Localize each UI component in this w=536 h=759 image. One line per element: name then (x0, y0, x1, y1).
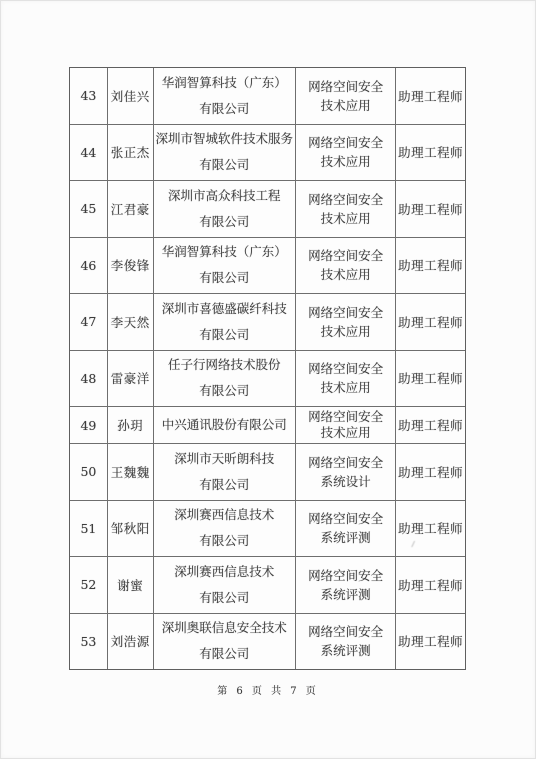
specialty-cell: 网络空间安全系统评测 (295, 614, 395, 670)
company-line: 有限公司 (199, 641, 249, 667)
seq-cell: 43 (70, 68, 107, 124)
company-line: 有限公司 (199, 378, 249, 404)
specialty-cell: 网络空间安全技术应用 (295, 125, 395, 181)
seq-cell: 46 (70, 238, 107, 294)
specialty-line: 系统设计 (321, 472, 371, 491)
seq-cell: 51 (70, 501, 107, 557)
name-cell: 江君豪 (107, 181, 153, 237)
company-line: 有限公司 (199, 152, 249, 178)
title-cell: 助理工程师 (395, 68, 465, 124)
table-row: 44张正杰深圳市智城软件技术服务有限公司网络空间安全技术应用助理工程师 (70, 124, 465, 181)
title-cell: 助理工程师 (395, 614, 465, 670)
title-cell: 助理工程师 (395, 181, 465, 237)
company-line: 有限公司 (199, 472, 249, 498)
specialty-line: 系统评测 (321, 641, 371, 660)
company-line: 深圳赛西信息技术 (174, 559, 274, 585)
company-cell: 深圳奥联信息安全技术有限公司 (153, 614, 295, 670)
name-cell: 谢蜜 (107, 557, 153, 613)
seq-cell: 48 (70, 351, 107, 407)
company-line: 有限公司 (199, 322, 249, 348)
name-cell: 刘浩源 (107, 614, 153, 670)
title-cell: 助理工程师 (395, 444, 465, 500)
specialty-line: 网络空间安全 (308, 77, 383, 96)
company-cell: 任子行网络技术股份有限公司 (153, 351, 295, 407)
seq-cell: 52 (70, 557, 107, 613)
table-row: 53刘浩源深圳奥联信息安全技术有限公司网络空间安全系统评测助理工程师 (70, 613, 465, 670)
page-number-footer: 第 6 页 共 7 页 (0, 682, 536, 697)
scan-smudge-artifact (409, 541, 417, 547)
title-cell: 助理工程师 (395, 351, 465, 407)
table-row: 49孙玥中兴通讯股份有限公司网络空间安全技术应用助理工程师 (70, 406, 465, 443)
company-line: 深圳市智城软件技术服务 (155, 126, 293, 152)
company-line: 有限公司 (199, 209, 249, 235)
specialty-line: 网络空间安全 (308, 622, 383, 641)
company-cell: 深圳赛西信息技术有限公司 (153, 557, 295, 613)
seq-cell: 45 (70, 181, 107, 237)
seq-cell: 44 (70, 125, 107, 181)
name-cell: 邹秋阳 (107, 501, 153, 557)
specialty-cell: 网络空间安全系统评测 (295, 501, 395, 557)
table-row: 46李俊锋华润智算科技（广东）有限公司网络空间安全技术应用助理工程师 (70, 237, 465, 294)
table-row: 52谢蜜深圳赛西信息技术有限公司网络空间安全系统评测助理工程师 (70, 556, 465, 613)
table-row: 48雷豪洋任子行网络技术股份有限公司网络空间安全技术应用助理工程师 (70, 350, 465, 407)
title-cell: 助理工程师 (395, 557, 465, 613)
name-cell: 王魏魏 (107, 444, 153, 500)
title-cell: 助理工程师 (395, 407, 465, 443)
specialty-cell: 网络空间安全技术应用 (295, 238, 395, 294)
company-line: 华润智算科技（广东） (162, 70, 287, 96)
title-cell: 助理工程师 (395, 501, 465, 557)
name-cell: 孙玥 (107, 407, 153, 443)
scanned-document-page: 43刘佳兴华润智算科技（广东）有限公司网络空间安全技术应用助理工程师44张正杰深… (0, 0, 536, 759)
specialty-cell: 网络空间安全技术应用 (295, 68, 395, 124)
specialty-line: 网络空间安全 (308, 303, 383, 322)
specialty-line: 技术应用 (321, 425, 371, 441)
company-cell: 华润智算科技（广东）有限公司 (153, 238, 295, 294)
seq-cell: 49 (70, 407, 107, 443)
roster-table: 43刘佳兴华润智算科技（广东）有限公司网络空间安全技术应用助理工程师44张正杰深… (69, 67, 466, 670)
specialty-line: 技术应用 (321, 265, 371, 284)
name-cell: 雷豪洋 (107, 351, 153, 407)
specialty-line: 网络空间安全 (308, 566, 383, 585)
company-cell: 深圳市智城软件技术服务有限公司 (153, 125, 295, 181)
name-cell: 李俊锋 (107, 238, 153, 294)
company-cell: 深圳市天昕朗科技有限公司 (153, 444, 295, 500)
company-cell: 深圳赛西信息技术有限公司 (153, 501, 295, 557)
seq-cell: 47 (70, 294, 107, 350)
table-row: 50王魏魏深圳市天昕朗科技有限公司网络空间安全系统设计助理工程师 (70, 443, 465, 500)
specialty-line: 技术应用 (321, 322, 371, 341)
specialty-line: 网络空间安全 (308, 409, 383, 425)
specialty-cell: 网络空间安全系统设计 (295, 444, 395, 500)
specialty-line: 技术应用 (321, 96, 371, 115)
table-row: 45江君豪深圳市高众科技工程有限公司网络空间安全技术应用助理工程师 (70, 180, 465, 237)
company-line: 有限公司 (199, 96, 249, 122)
specialty-cell: 网络空间安全系统评测 (295, 557, 395, 613)
specialty-cell: 网络空间安全技术应用 (295, 407, 395, 443)
company-line: 深圳市高众科技工程 (168, 183, 281, 209)
company-line: 有限公司 (199, 265, 249, 291)
specialty-cell: 网络空间安全技术应用 (295, 294, 395, 350)
specialty-line: 系统评测 (321, 528, 371, 547)
specialty-line: 系统评测 (321, 585, 371, 604)
specialty-line: 网络空间安全 (308, 453, 383, 472)
specialty-line: 网络空间安全 (308, 190, 383, 209)
company-cell: 中兴通讯股份有限公司 (153, 407, 295, 443)
title-cell: 助理工程师 (395, 294, 465, 350)
company-line: 有限公司 (199, 585, 249, 611)
company-line: 深圳奥联信息安全技术 (162, 615, 287, 641)
name-cell: 李天然 (107, 294, 153, 350)
specialty-cell: 网络空间安全技术应用 (295, 181, 395, 237)
company-line: 深圳市喜德盛碳纤科技 (162, 296, 287, 322)
specialty-line: 网络空间安全 (308, 359, 383, 378)
specialty-line: 技术应用 (321, 378, 371, 397)
company-line: 深圳赛西信息技术 (174, 502, 274, 528)
specialty-line: 技术应用 (321, 209, 371, 228)
table-row: 51邹秋阳深圳赛西信息技术有限公司网络空间安全系统评测助理工程师 (70, 500, 465, 557)
specialty-line: 网络空间安全 (308, 509, 383, 528)
company-cell: 深圳市喜德盛碳纤科技有限公司 (153, 294, 295, 350)
specialty-cell: 网络空间安全技术应用 (295, 351, 395, 407)
company-line: 华润智算科技（广东） (162, 239, 287, 265)
seq-cell: 50 (70, 444, 107, 500)
name-cell: 张正杰 (107, 125, 153, 181)
specialty-line: 技术应用 (321, 152, 371, 171)
table-row: 43刘佳兴华润智算科技（广东）有限公司网络空间安全技术应用助理工程师 (70, 68, 465, 124)
company-line: 任子行网络技术股份 (168, 352, 281, 378)
table-row: 47李天然深圳市喜德盛碳纤科技有限公司网络空间安全技术应用助理工程师 (70, 293, 465, 350)
seq-cell: 53 (70, 614, 107, 670)
name-cell: 刘佳兴 (107, 68, 153, 124)
specialty-line: 网络空间安全 (308, 246, 383, 265)
specialty-line: 网络空间安全 (308, 133, 383, 152)
title-cell: 助理工程师 (395, 125, 465, 181)
company-line: 深圳市天昕朗科技 (174, 446, 274, 472)
company-line: 中兴通讯股份有限公司 (162, 417, 287, 433)
company-line: 有限公司 (199, 528, 249, 554)
title-cell: 助理工程师 (395, 238, 465, 294)
company-cell: 深圳市高众科技工程有限公司 (153, 181, 295, 237)
company-cell: 华润智算科技（广东）有限公司 (153, 68, 295, 124)
